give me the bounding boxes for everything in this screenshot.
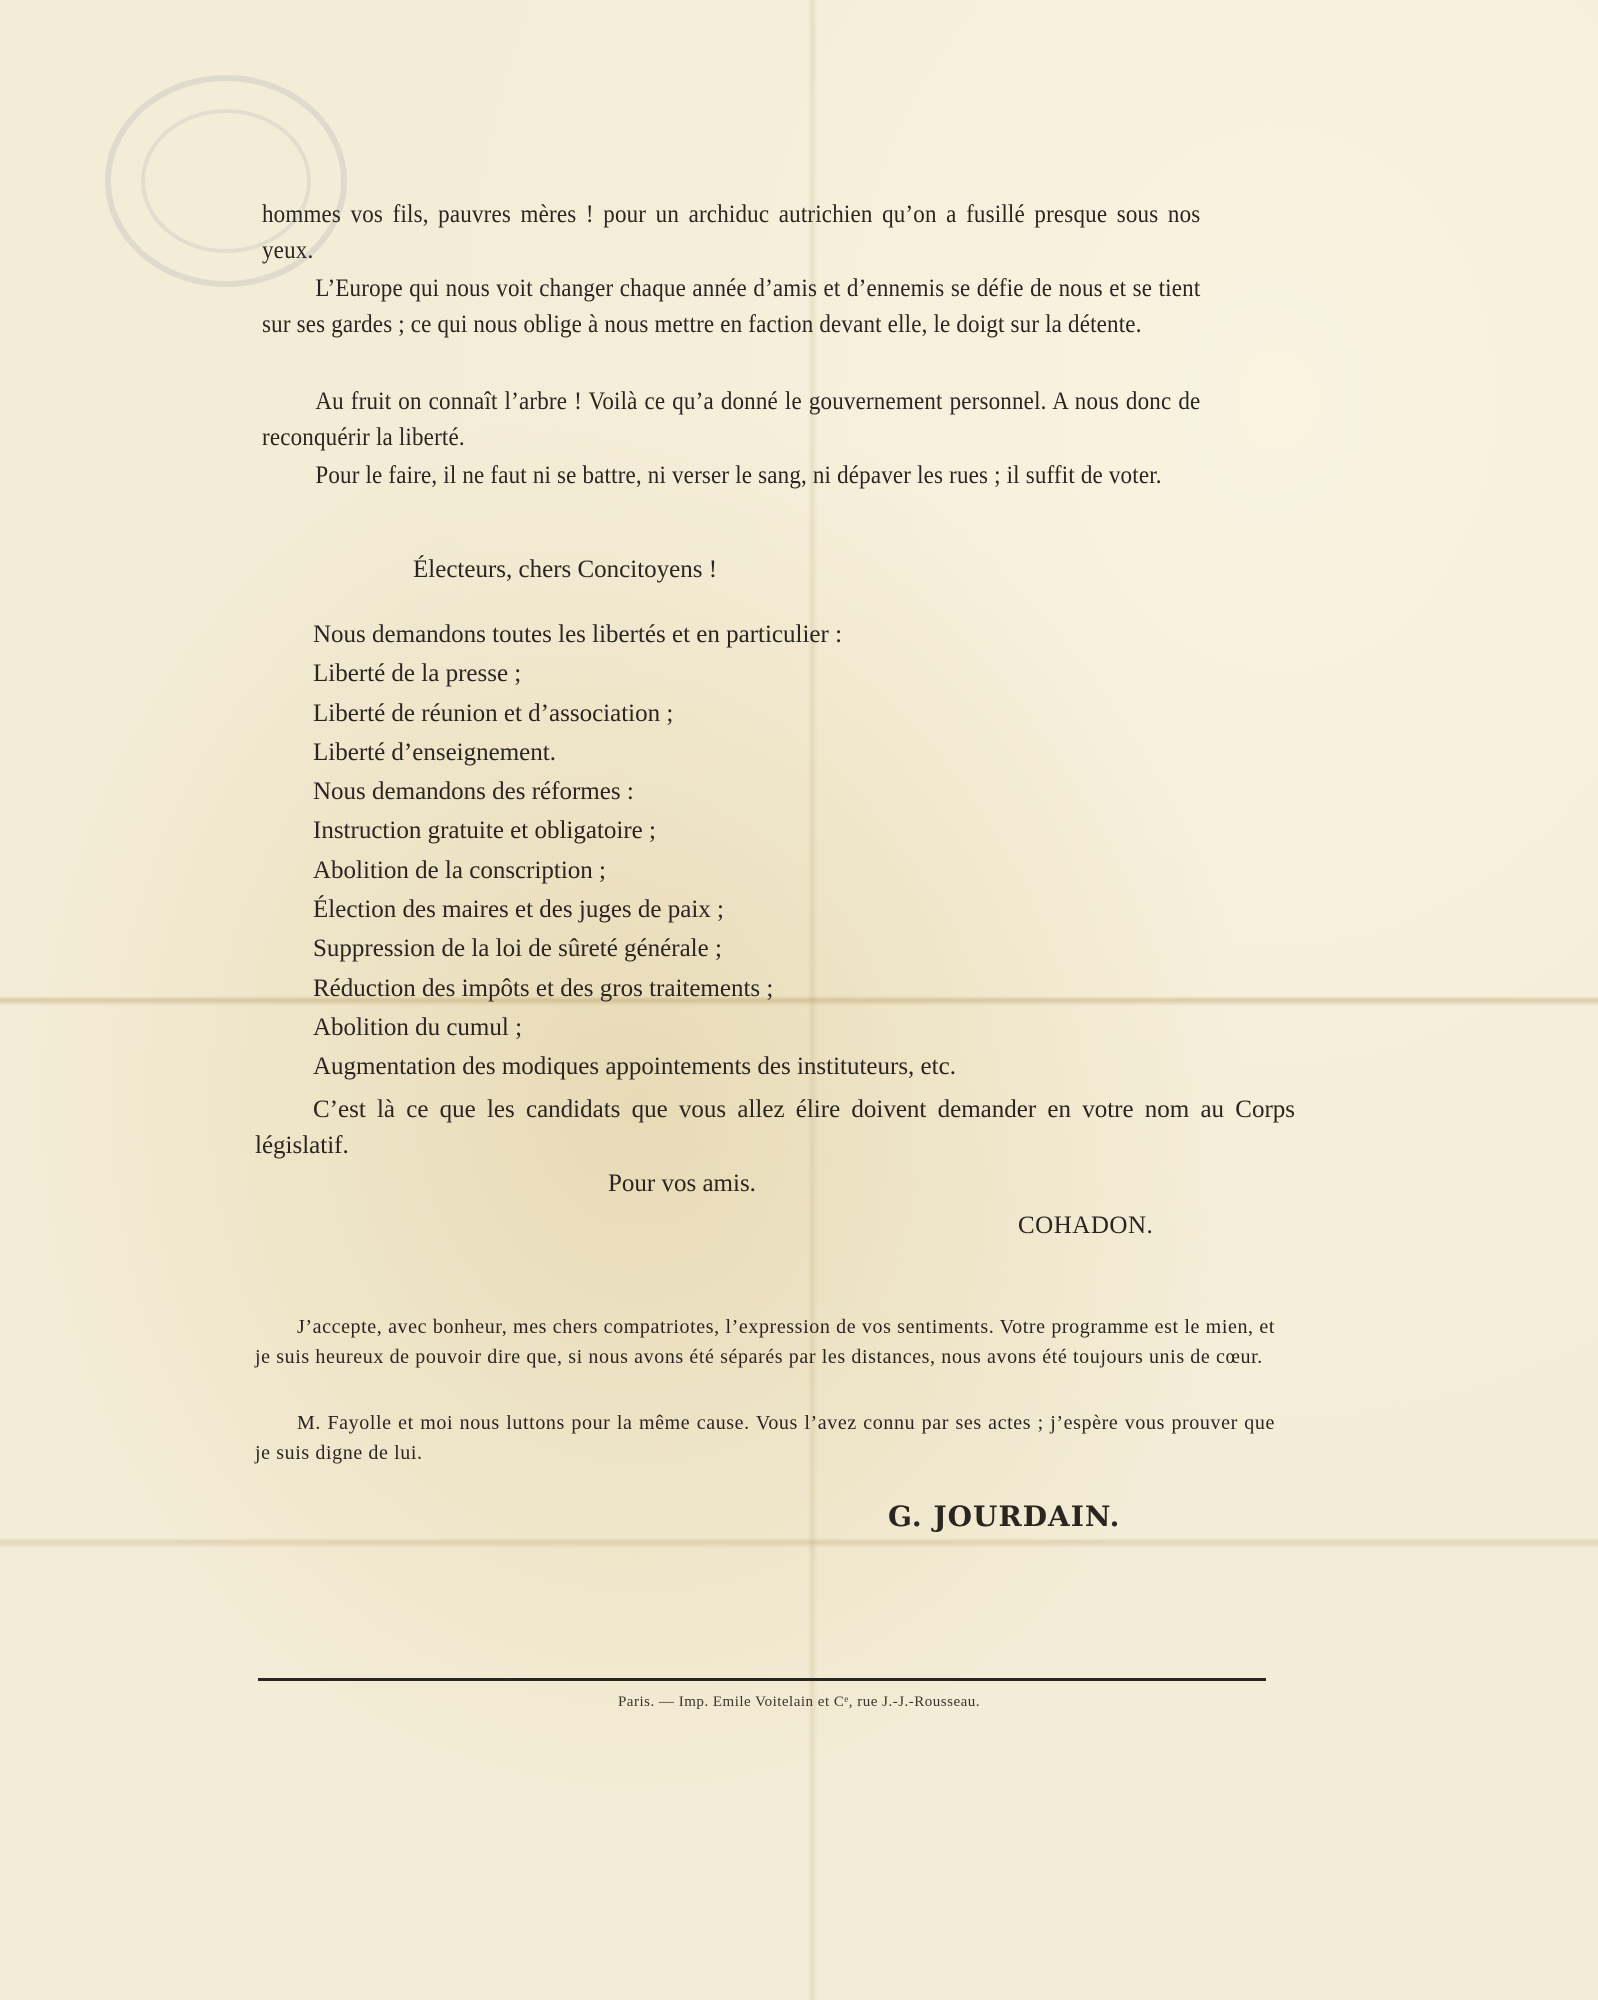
list-item: Instruction gratuite et obligatoire ; bbox=[313, 811, 956, 850]
demands-list: Nous demandons toutes les libertés et en… bbox=[313, 615, 956, 1087]
closing-paragraph: C’est là ce que les candidats que vous a… bbox=[255, 1092, 1295, 1164]
paragraph-text: Pour le faire, il ne faut ni se battre, … bbox=[262, 458, 1200, 494]
signature-cohadon: COHADON. bbox=[1018, 1212, 1153, 1240]
paragraph-text: J’accepte, avec bonheur, mes chers compa… bbox=[255, 1312, 1275, 1372]
paragraph-text: C’est là ce que les candidats que vous a… bbox=[255, 1092, 1295, 1164]
paragraph-text: L’Europe qui nous voit changer chaque an… bbox=[262, 271, 1200, 343]
list-item: Liberté de réunion et d’association ; bbox=[313, 694, 956, 733]
list-item: Abolition du cumul ; bbox=[313, 1008, 956, 1047]
reply-paragraph-2: M. Fayolle et moi nous luttons pour la m… bbox=[255, 1408, 1275, 1468]
greeting: Électeurs, chers Concitoyens ! bbox=[413, 556, 717, 584]
paragraph-3: Au fruit on connaît l’arbre ! Voilà ce q… bbox=[262, 384, 1200, 456]
paragraph-text: hommes vos fils, pauvres mères ! pour un… bbox=[262, 197, 1200, 269]
paragraph-2: L’Europe qui nous voit changer chaque an… bbox=[262, 271, 1200, 343]
list-item: Réduction des impôts et des gros traitem… bbox=[313, 969, 956, 1008]
paragraph-4: Pour le faire, il ne faut ni se battre, … bbox=[262, 458, 1200, 494]
paragraph-text: Au fruit on connaît l’arbre ! Voilà ce q… bbox=[262, 384, 1200, 456]
list-item: Liberté de la presse ; bbox=[313, 654, 956, 693]
divider-rule bbox=[258, 1678, 1266, 1681]
list-item: Élection des maires et des juges de paix… bbox=[313, 890, 956, 929]
list-item: Nous demandons des réformes : bbox=[313, 772, 956, 811]
signature-jourdain: G. JOURDAIN. bbox=[888, 1500, 1120, 1533]
list-item: Liberté d’enseignement. bbox=[313, 733, 956, 772]
list-item: Abolition de la conscription ; bbox=[313, 851, 956, 890]
paragraph-1: hommes vos fils, pauvres mères ! pour un… bbox=[262, 197, 1200, 269]
printer-imprint: Paris. — Imp. Emile Voitelain et Cᵉ, rue… bbox=[0, 1694, 1598, 1711]
paragraph-text: M. Fayolle et moi nous luttons pour la m… bbox=[255, 1408, 1275, 1468]
list-item: Suppression de la loi de sûreté générale… bbox=[313, 929, 956, 968]
closing-formula: Pour vos amis. bbox=[608, 1170, 756, 1198]
reply-paragraph-1: J’accepte, avec bonheur, mes chers compa… bbox=[255, 1312, 1275, 1372]
list-item: Augmentation des modiques appointements … bbox=[313, 1047, 956, 1086]
list-item: Nous demandons toutes les libertés et en… bbox=[313, 615, 956, 654]
